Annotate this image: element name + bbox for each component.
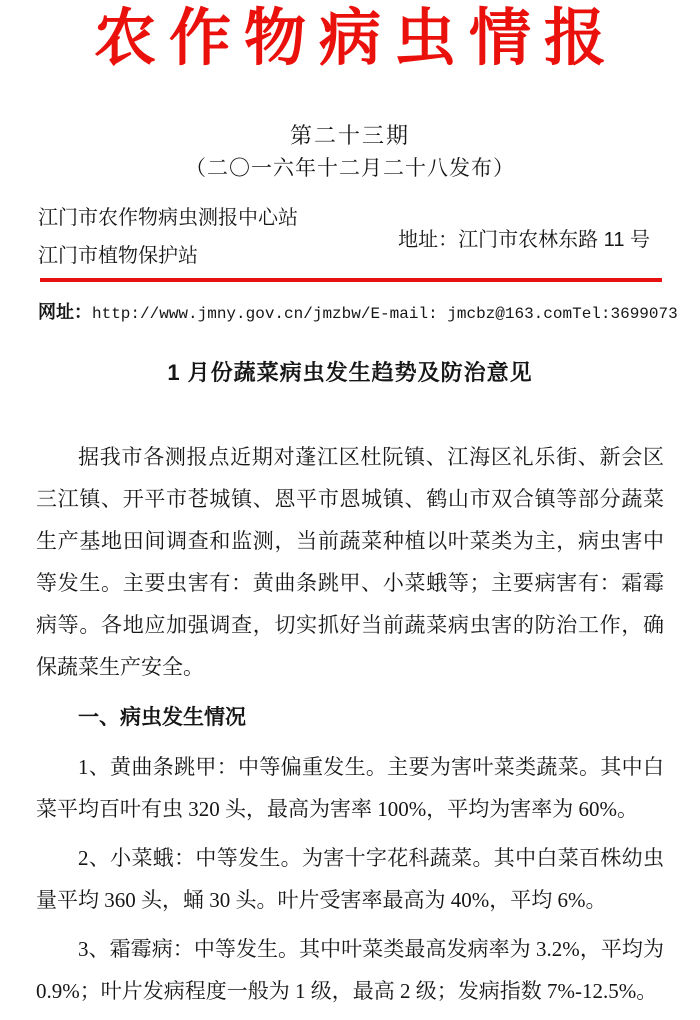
issue-number: 第二十三期 [0, 124, 700, 148]
tel-text: Tel:3699073 [572, 305, 678, 323]
pest-item-3: 3、霜霉病：中等发生。其中叶菜类最高发病率为 3.2%，平均为 0.9%；叶片发… [36, 928, 664, 1012]
masthead-divider-rule [40, 278, 662, 282]
org-line-1: 江门市农作物病虫测报中心站 [38, 199, 298, 237]
org-names: 江门市农作物病虫测报中心站 江门市植物保护站 [38, 199, 298, 275]
intro-paragraph: 据我市各测报点近期对蓬江区杜阮镇、江海区礼乐街、新会区三江镇、开平市苍城镇、恩平… [36, 436, 664, 688]
website-label: 网址： [38, 298, 92, 324]
contact-line: 网址： http://www.jmny.gov.cn/jmzbw/ E-mail… [38, 298, 662, 324]
document-page: 农作物病虫情报 第二十三期 （二〇一六年十二月二十八发布） 江门市农作物病虫测报… [0, 0, 700, 1020]
org-address: 地址：江门市农林东路 11 号 [398, 223, 662, 252]
pest-item-2: 2、小菜蛾：中等发生。为害十字花科蔬菜。其中白菜百株幼虫量平均 360 头，蛹 … [36, 837, 664, 921]
email-text: E-mail: jmcbz@163.com [370, 305, 572, 323]
masthead-title: 农作物病虫情报 [0, 2, 700, 74]
section-1-heading: 一、病虫发生情况 [36, 697, 664, 739]
website-url: http://www.jmny.gov.cn/jmzbw/ [92, 305, 370, 323]
publish-date: （二〇一六年十二月二十八发布） [0, 157, 700, 181]
article-title: 1 月份蔬菜病虫发生趋势及防治意见 [0, 358, 700, 388]
org-line-2: 江门市植物保护站 [38, 237, 298, 275]
pest-item-1: 1、黄曲条跳甲：中等偏重发生。主要为害叶菜类蔬菜。其中白菜平均百叶有虫 320 … [36, 746, 664, 830]
org-block: 江门市农作物病虫测报中心站 江门市植物保护站 地址：江门市农林东路 11 号 [38, 199, 662, 275]
